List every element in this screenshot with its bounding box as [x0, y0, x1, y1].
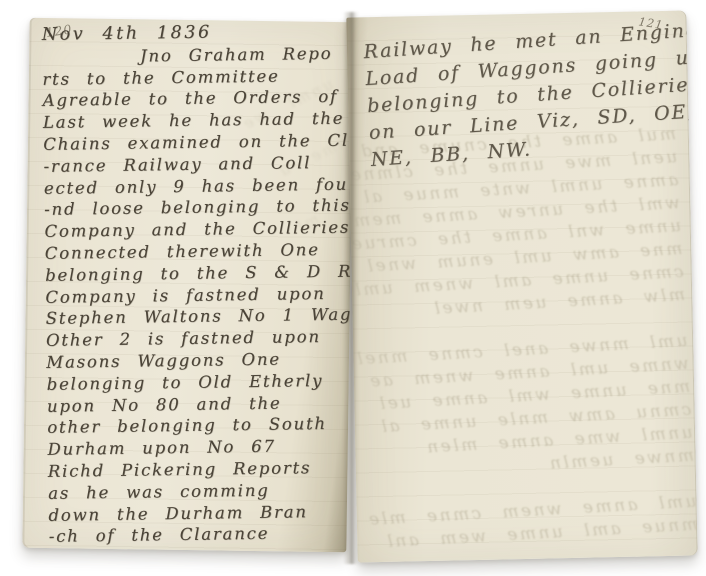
right-page: mul anme the cnume and mleuenl mwe unme … [346, 10, 697, 562]
manuscript-line: Jno Graham Repo [42, 42, 346, 68]
manuscript-line: other belonging to South [47, 413, 351, 439]
left-page-text: Nov 4th 1836Jno Graham Reports to the Co… [42, 21, 353, 548]
photo-background: 120 nme unml wewml anme umnel uwe mlanme… [0, 0, 706, 576]
manuscript-line: Richd Pickering Reports [48, 457, 352, 483]
bleedthrough-right: mul anme the cnume and mleuenl mwe unme … [350, 123, 698, 555]
manuscript-line: -ch of the Clarance [49, 522, 353, 548]
manuscript-line: belonging to Old Etherly [46, 369, 350, 395]
left-page: 120 nme unml wewml anme umnel uwe mlanme… [22, 18, 353, 552]
right-page-text: Railway he met an EngineLoad of Waggons … [363, 18, 693, 174]
manuscript-line: Other 2 is fastned upon [46, 326, 350, 352]
